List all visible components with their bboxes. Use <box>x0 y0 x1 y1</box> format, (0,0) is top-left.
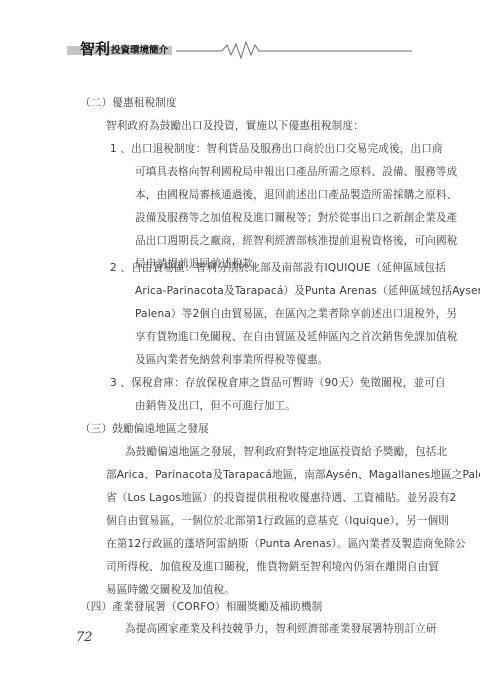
list-item-line: 3 、保稅倉庫：存放保稅倉庫之貨品可暫時（90天）免徵關稅，並可自 <box>110 376 446 390</box>
paragraph-line: 個自由貿易區，一個位於北部第1行政區的意基克（Iquique），另一個則 <box>106 514 449 528</box>
list-item-line: 品出口週期長之廠商，經智利經濟部核准提前退稅資格後，可向國稅 <box>135 234 457 248</box>
list-item-line: 本，由國稅局審核通過後，退回前述出口產品製造所需採購之原料、 <box>135 188 457 202</box>
paragraph-line: 為提高國家產業及科技競爭力，智利經濟部產業發展署特別訂立研 <box>125 622 437 636</box>
list-item-line: 可填具表格向智利國稅局申報出口產品所需之原料、設備、服務等成 <box>135 165 457 179</box>
page-number: 72 <box>76 630 93 645</box>
list-item-line: 設備及服務等之加值稅及進口關稅等；對於從事出口之新創企業及產 <box>135 211 457 225</box>
header-zigzag-line-icon <box>0 0 480 70</box>
paragraph-line: 司所得稅、加值稅及進口關稅，惟貨物銷至智利境內仍須在離開自由貿 <box>106 560 439 574</box>
list-item-line: 2 、自由貿易區：智利分別於北部及南部設有IQUIQUE（延伸區域包括 <box>110 261 446 275</box>
list-item-line: Palena）等2個自由貿易區，在區內之業者除享前述出口退稅外，另 <box>135 307 457 321</box>
paragraph-line: 智利政府為鼓勵出口及投資，實施以下優惠租稅制度： <box>106 119 364 133</box>
section-heading: （四）產業發展署（CORFO）相關獎勵及補助機制 <box>80 600 322 614</box>
header-title: 智利 投資環境簡介 <box>80 40 168 58</box>
section-heading: （二）優惠租稅制度 <box>80 96 177 110</box>
paragraph-line: 省（Los Lagos地區）的投資提供租稅收優惠待遇、工資補貼。並另設有2 <box>106 491 457 505</box>
paragraph-line: 為鼓勵偏遠地區之發展，智利政府對特定地區投資給予獎勵，包括北 <box>125 445 447 459</box>
list-item-line: 享有貨物進口免關稅、在自由貿區及延伸區內之首次銷售免課加值稅 <box>135 330 457 344</box>
paragraph-line: 易區時繳交關稅及加值稅。 <box>106 583 235 597</box>
header-title-main: 智利 <box>80 40 110 58</box>
list-item-line: 及區內業者免納營利事業所得稅等優惠。 <box>135 353 328 367</box>
running-header: 智利 投資環境簡介 <box>0 0 480 70</box>
paragraph-line: 在第12行政區的蓬塔阿雷納斯（Punta Arenas）。區內業者及製造商免除公 <box>106 537 466 551</box>
list-item-line: Arica-Parinacota及Tarapacá）及Punta Arenas（… <box>135 284 480 298</box>
list-item-line: 由銷售及出口，但不可進行加工。 <box>135 399 296 413</box>
paragraph-line: 部Arica、Parinacota及Tarapacá地區，南部Aysén、Mag… <box>106 468 480 482</box>
section-heading: （三）鼓勵偏遠地區之發展 <box>80 422 209 436</box>
list-item-line: 1 、出口退稅制度：智利貨品及服務出口商於出口交易完成後，出口商 <box>110 142 443 156</box>
header-title-sub: 投資環境簡介 <box>111 44 168 58</box>
